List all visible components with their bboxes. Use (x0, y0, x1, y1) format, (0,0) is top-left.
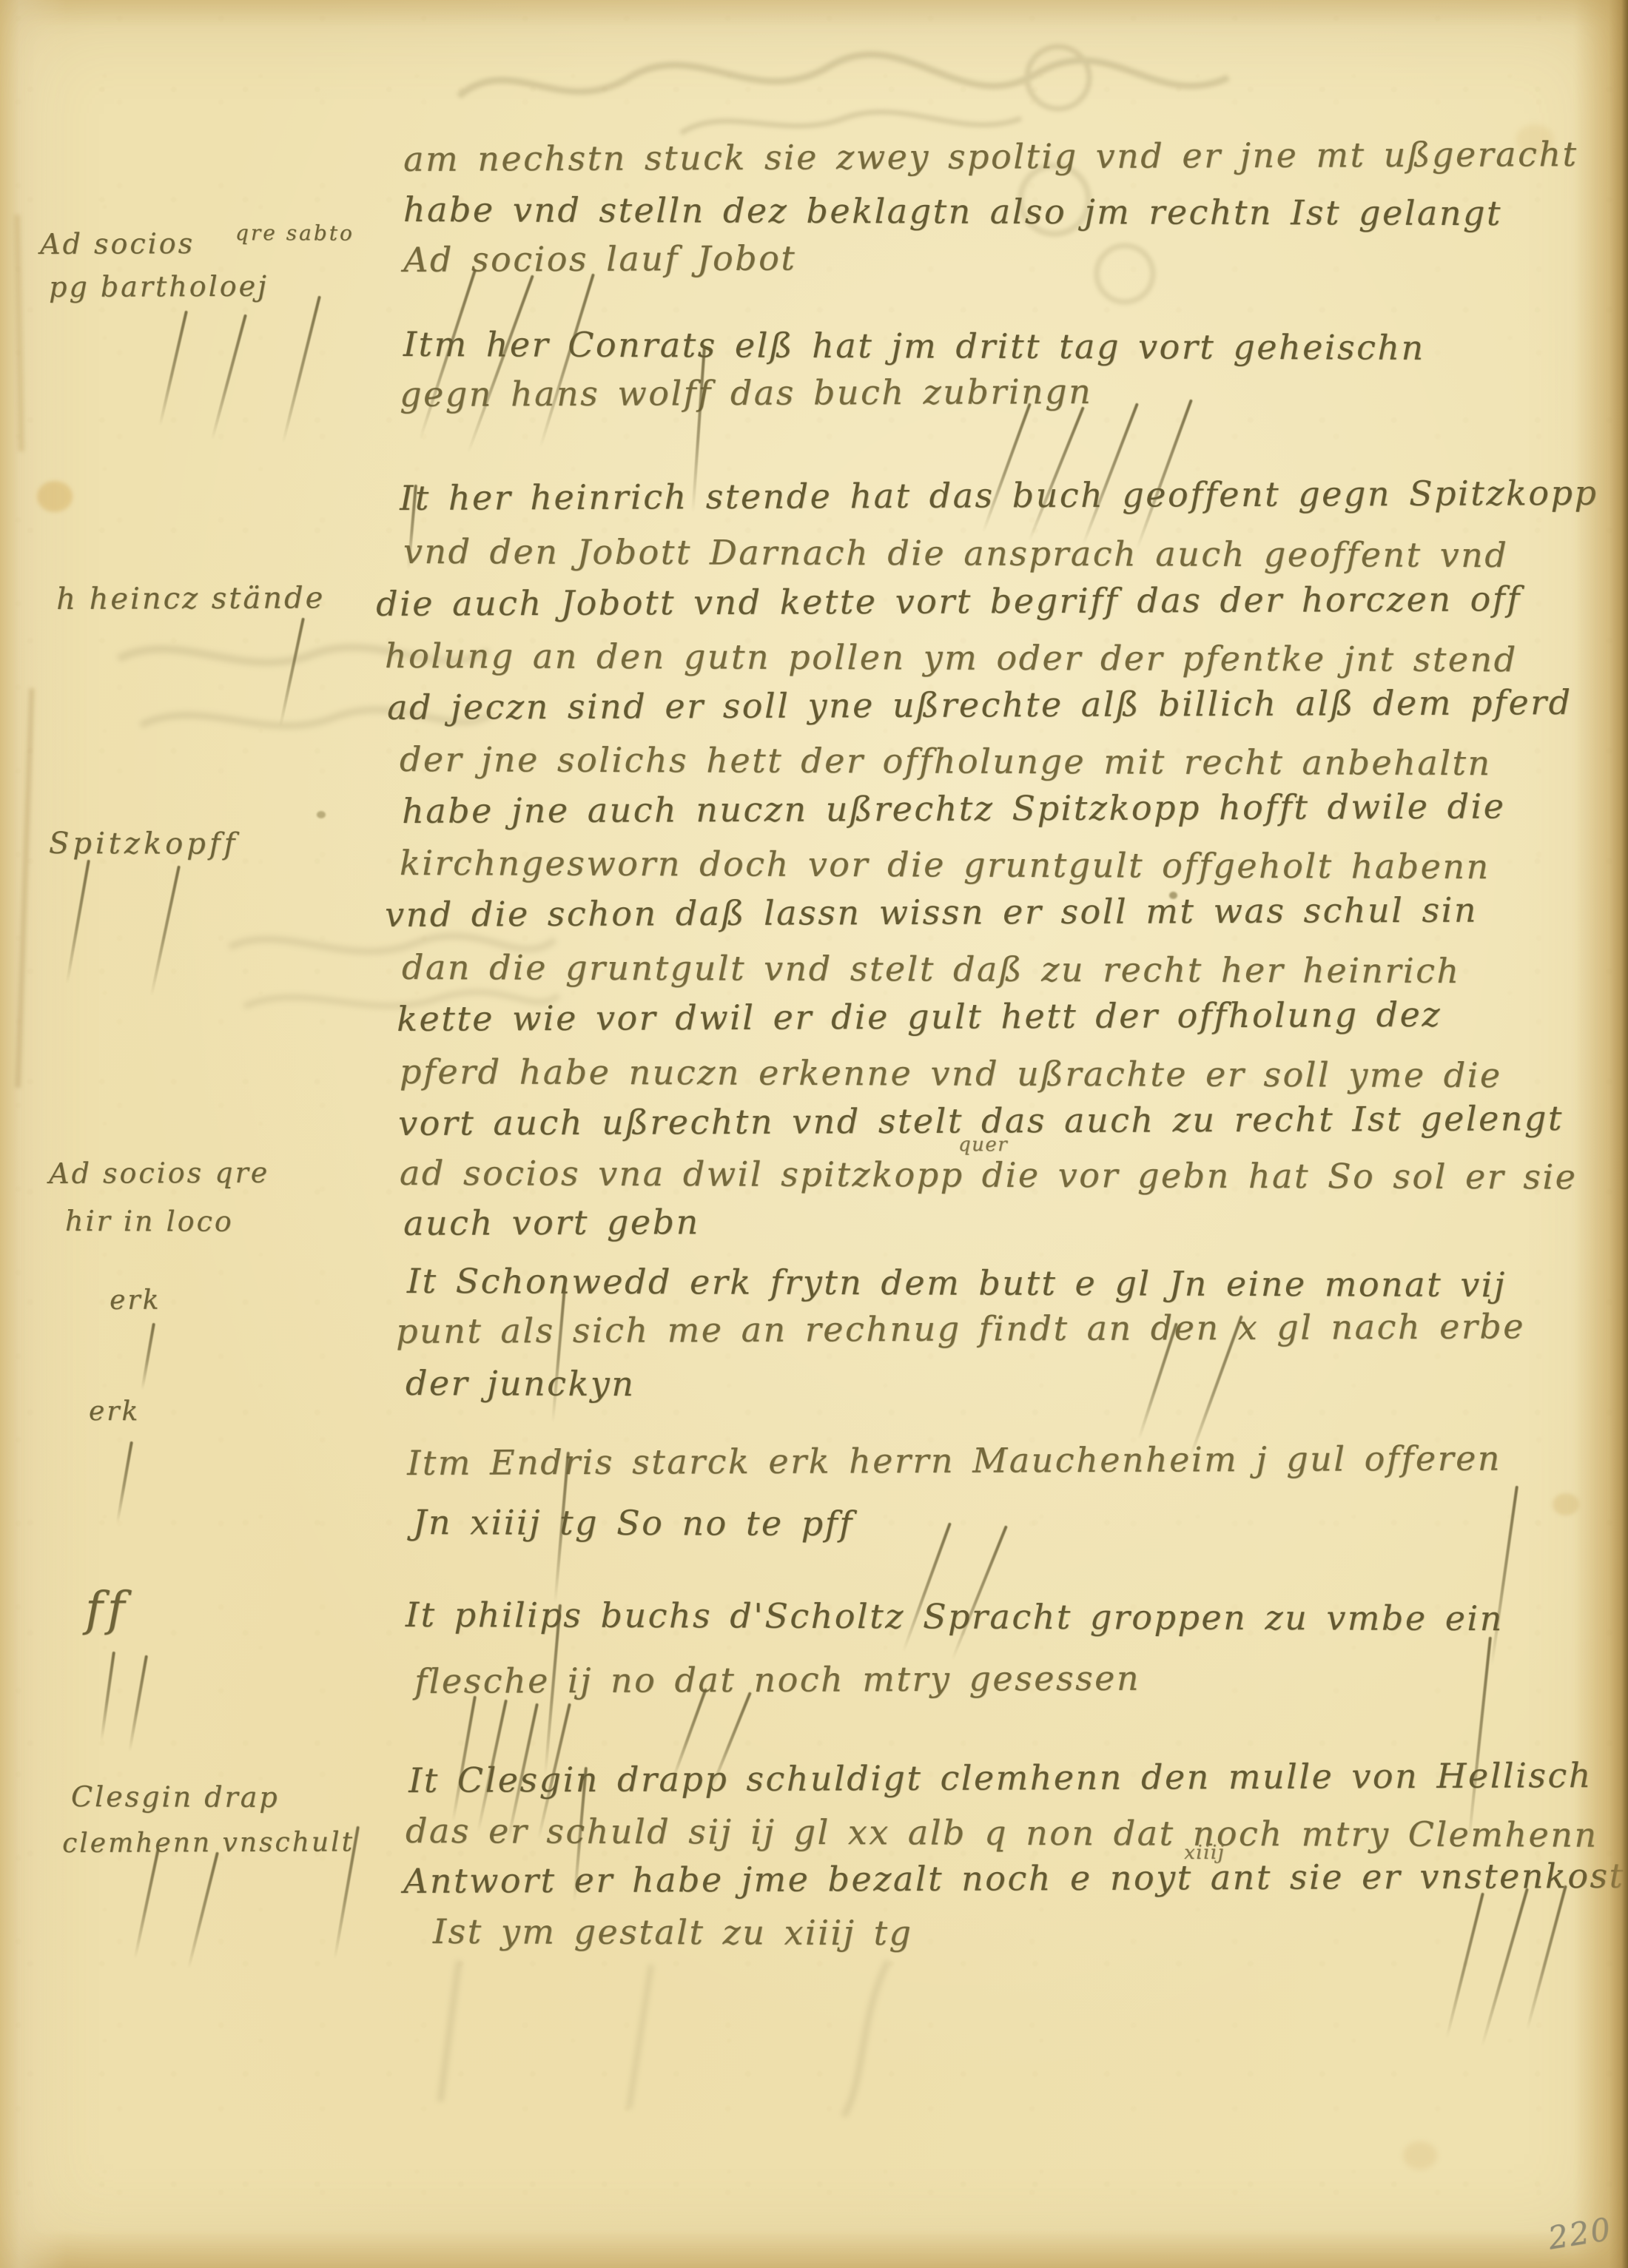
flourish-stroke (951, 1525, 1008, 1660)
flourish-stroke (211, 314, 247, 440)
flourish-stroke (133, 1848, 160, 1959)
entry-line: pferd habe nuczn erkenne vnd ußrachte er… (400, 1053, 1502, 1095)
flourish-stroke (66, 860, 90, 984)
entry-line: vnd den Jobott Darnach die ansprach auch… (403, 533, 1509, 575)
margin-note-ad-socios-sabbato: Ad socios (40, 229, 195, 260)
entry-line: Itm Endris starck erk herrn Mauchenheim … (407, 1440, 1501, 1483)
margin-note-qre-sabto: qre sabto (235, 222, 354, 245)
page-edge-shading (1576, 0, 1628, 2268)
entry-line: habe vnd stelln dez beklagtn also jm rec… (403, 191, 1502, 233)
flourish-stroke (279, 618, 305, 727)
flourish-stroke (116, 1441, 133, 1524)
folio-number: 220 (1546, 2211, 1615, 2257)
margin-note-clemhenn-vnschult: clemhenn vnschult (62, 1828, 354, 1858)
flourish-stroke (451, 1696, 477, 1822)
entry-line: kette wie vor dwil er die gult hett der … (397, 996, 1442, 1039)
margin-note-hir-in-loco: hir in loco (65, 1206, 234, 1238)
flourish-stroke (1028, 406, 1085, 541)
margin-note-heincz-stende: h heincz stände (56, 582, 325, 616)
flourish-stroke (158, 311, 188, 427)
stain (1403, 2141, 1437, 2170)
flourish-stroke (187, 1852, 219, 1969)
flourish-stroke (1082, 403, 1139, 545)
interlinear-note: xiiij (1184, 1843, 1225, 1864)
margin-note-ff-mark: ff (85, 1584, 129, 1636)
flourish-stroke (1481, 1888, 1529, 2047)
entry-line: Antwort er habe jme bezalt noch e noyt a… (403, 1857, 1625, 1901)
entry-line: der jne solichs hett der offholunge mit … (400, 741, 1492, 783)
entry-line: It philips buchs d'Scholtz Spracht gropp… (406, 1596, 1504, 1638)
entry-line: Itm her Conrats elß hat jm dritt tag vor… (403, 326, 1425, 367)
margin-note-spitzkopff: Spitzkopff (49, 827, 239, 861)
flourish-stroke (1445, 1893, 1484, 2039)
flourish-stroke (281, 296, 320, 444)
entry-line: dan die gruntgult vnd stelt daß zu recht… (402, 949, 1461, 991)
flourish-stroke (1526, 1885, 1567, 2030)
entry-line: Ad socios lauf Jobot (403, 240, 796, 280)
entry-line: kirchngesworn doch vor die gruntgult off… (400, 844, 1490, 886)
bleed-through-mark (414, 1954, 1080, 2124)
entry-line: holung an den gutn pollen ym oder der pf… (385, 637, 1518, 679)
entry-line: gegn hans wolff das buch zubringn (400, 373, 1092, 414)
margin-note-erk-1: erk (110, 1286, 161, 1316)
entry-line: der junckyn (406, 1364, 636, 1404)
bleed-through-mark (444, 7, 1258, 148)
entry-line: ad socios vna dwil spitzkopp die vor geb… (400, 1154, 1578, 1197)
flourish-stroke (1490, 1486, 1518, 1666)
margin-note-erk-2: erk (89, 1397, 140, 1427)
entry-line: punt als sich me an rechnug findt an den… (396, 1308, 1525, 1350)
page-edge (1609, 0, 1628, 2268)
entry-line: vnd die schon daß lassn wissn er soll mt… (385, 892, 1478, 935)
margin-note-pg-bartholoej: pg bartholoej (49, 272, 269, 303)
flourish-stroke (100, 1652, 115, 1741)
entry-line: die auch Jobott vnd kette vort begriff d… (376, 580, 1521, 623)
entry-line: It her heinrich stende hat das buch geof… (400, 474, 1598, 518)
entry-line: ad jeczn sind er soll yne ußrechte alß b… (387, 684, 1572, 727)
paper-crease (14, 215, 24, 451)
manuscript-page: am nechstn stuck sie zwey spoltig vnd er… (0, 0, 1628, 2268)
flourish-stroke (150, 866, 181, 997)
flourish-stroke (128, 1655, 148, 1752)
entry-line: das er schuld sij ij gl xx alb q non dat… (406, 1812, 1598, 1854)
entry-line: It Schonwedd erk frytn dem butt e gl Jn … (407, 1262, 1507, 1305)
entry-line: Jn xiiij tg So no te pff (413, 1504, 854, 1544)
entry-line: am nechstn stuck sie zwey spoltig vnd er… (403, 135, 1578, 178)
paper-crease (16, 688, 35, 1088)
stain (1553, 1493, 1579, 1515)
entry-line: It Clesgin drapp schuldigt clemhenn den … (408, 1757, 1592, 1800)
flourish-stroke (1467, 1637, 1492, 1845)
margin-note-clesgin-drap: Clesgin drap (71, 1782, 280, 1814)
interlinear-note: quer (958, 1134, 1008, 1156)
margin-note-ad-socios-hir: Ad socios qre (49, 1158, 269, 1190)
bleed-through-mark (984, 155, 1177, 318)
entry-line: habe jne auch nuczn ußrechtz Spitzkopp h… (402, 787, 1506, 830)
entry-line: auch vort gebn (403, 1203, 700, 1242)
stain (37, 481, 73, 512)
entry-line: flesche ij no dat noch mtry gesessen (414, 1660, 1140, 1701)
entry-line: Ist ym gestalt zu xiiij tg (433, 1913, 913, 1953)
flourish-stroke (141, 1323, 155, 1390)
ink-speck (317, 811, 326, 818)
